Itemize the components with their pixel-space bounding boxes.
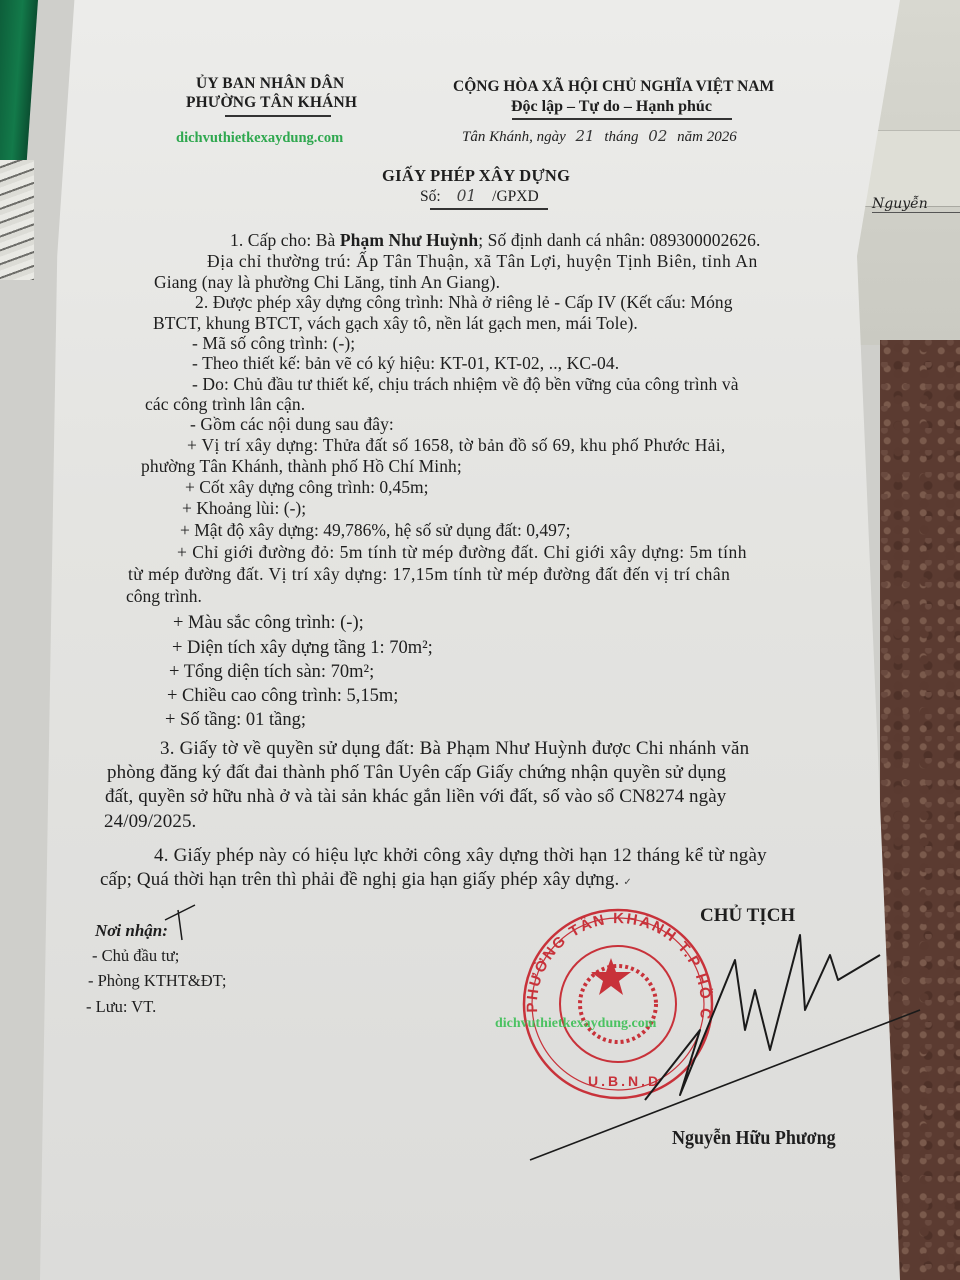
handwritten-signature-icon [0,0,960,1280]
building-permit-document: ỦY BAN NHÂN DÂN PHƯỜNG TÂN KHÁNH dichvut… [0,0,960,1280]
signer-name: Nguyễn Hữu Phương [672,1127,836,1150]
